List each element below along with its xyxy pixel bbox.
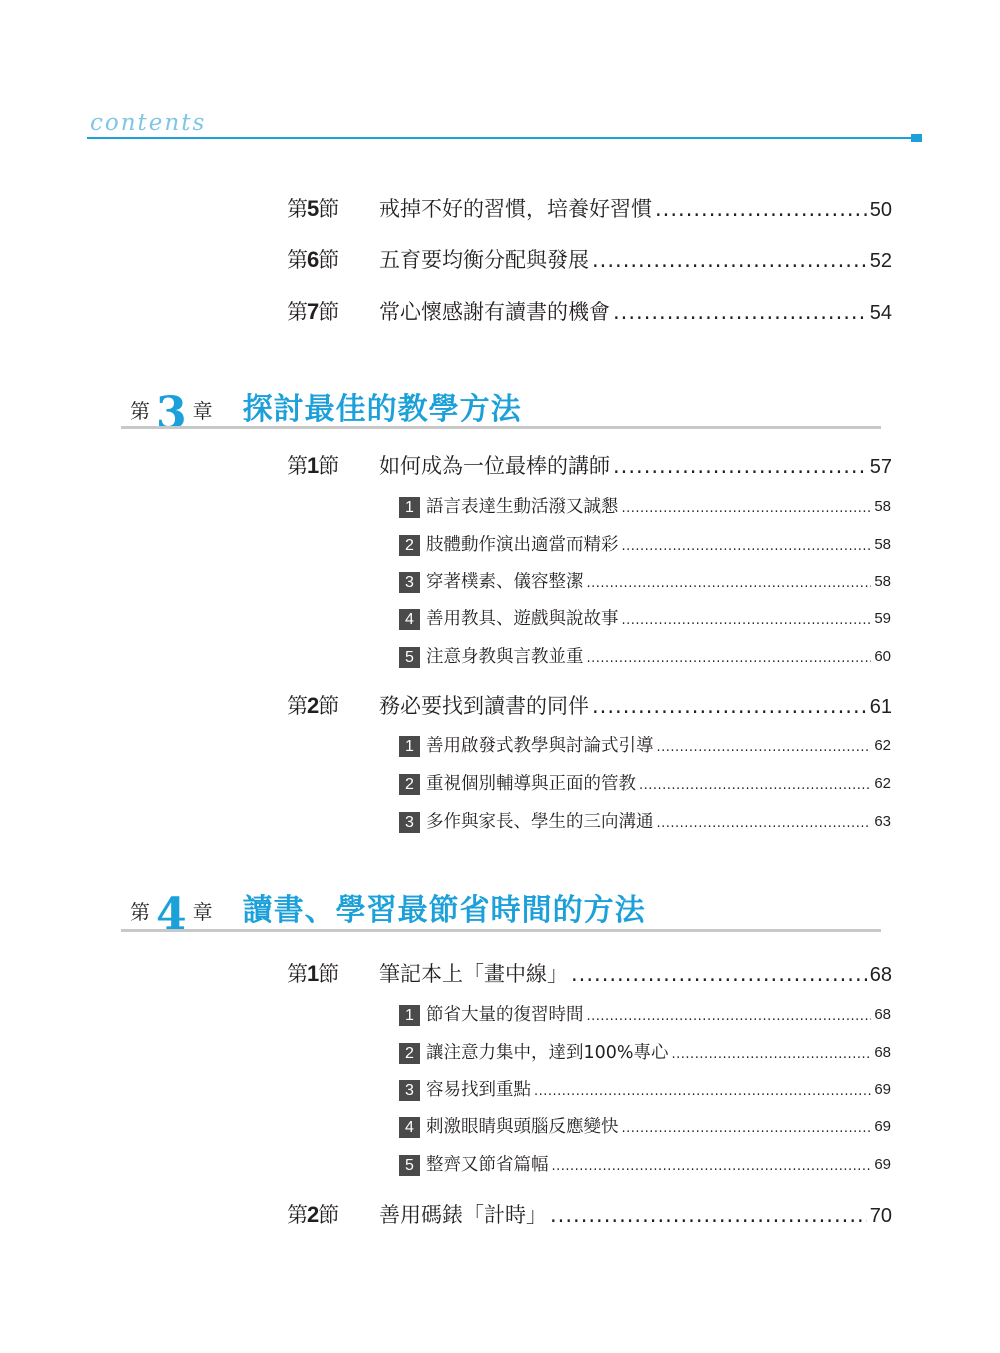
- toc-item[interactable]: 4 善用教具、遊戲與說故事 ..........................…: [399, 606, 891, 632]
- item-title: 容易找到重點: [426, 1077, 531, 1103]
- toc-item[interactable]: 4 刺激眼睛與頭腦反應變快 ..........................…: [399, 1114, 891, 1140]
- page-number: 58: [874, 494, 891, 520]
- header-divider: [87, 137, 912, 139]
- toc-section[interactable]: 第2節 務必要找到讀書的同伴 .........................…: [287, 691, 892, 721]
- dot-leader: ........................................…: [622, 498, 872, 520]
- item-number-badge: 3: [399, 1080, 420, 1101]
- section-number: 第1節: [287, 451, 379, 481]
- section-title: 善用碼錶「計時」: [379, 1200, 547, 1230]
- section-number: 第5節: [287, 194, 379, 224]
- dot-leader: ........................................…: [587, 573, 872, 595]
- item-number-badge: 5: [399, 1155, 420, 1176]
- section-title: 如何成為一位最棒的講師: [379, 451, 610, 481]
- toc-item[interactable]: 2 肢體動作演出適當而精彩 ..........................…: [399, 532, 891, 558]
- item-number-badge: 2: [399, 535, 420, 556]
- dot-leader: ........................................…: [534, 1081, 871, 1103]
- page-number: 69: [874, 1077, 891, 1103]
- page-number: 52: [870, 246, 892, 276]
- section-title: 常心懷感謝有讀書的機會: [379, 297, 610, 327]
- dot-leader: ........................................…: [613, 451, 867, 481]
- item-number-badge: 1: [399, 1005, 420, 1026]
- page-number: 58: [874, 569, 891, 595]
- chapter-prefix: 第: [130, 396, 150, 430]
- chapter-divider: [121, 426, 881, 429]
- page-number: 62: [874, 771, 891, 797]
- dot-leader: ........................................…: [613, 297, 867, 327]
- page-number: 68: [874, 1002, 891, 1028]
- item-title: 讓注意力集中，達到100%專心: [426, 1040, 669, 1066]
- item-number-badge: 4: [399, 609, 420, 630]
- dot-leader: ........................................…: [622, 536, 872, 558]
- page-number: 59: [874, 606, 891, 632]
- chapter-title: 探討最佳的教學方法: [243, 390, 522, 430]
- toc-section[interactable]: 第6節 五育要均衡分配與發展 .........................…: [287, 245, 892, 275]
- dot-leader: ........................................…: [622, 1118, 872, 1140]
- page-number: 62: [874, 733, 891, 759]
- item-number-badge: 3: [399, 812, 420, 833]
- contents-heading: contents: [90, 110, 206, 136]
- item-title: 刺激眼睛與頭腦反應變快: [426, 1114, 619, 1140]
- dot-leader: ........................................…: [657, 813, 872, 835]
- toc-item[interactable]: 1 語言表達生動活潑又誠懇 ..........................…: [399, 494, 891, 520]
- dot-leader: ........................................…: [587, 1006, 872, 1028]
- page-number: 63: [874, 809, 891, 835]
- item-title: 重視個別輔導與正面的管教: [426, 771, 636, 797]
- toc-section[interactable]: 第7節 常心懷感謝有讀書的機會 ........................…: [287, 297, 892, 327]
- item-number-badge: 2: [399, 774, 420, 795]
- chapter-divider: [121, 929, 881, 932]
- dot-leader: ........................................…: [592, 691, 867, 721]
- item-number-badge: 3: [399, 572, 420, 593]
- chapter-number: 3: [156, 392, 187, 436]
- page-number: 50: [870, 195, 892, 225]
- chapter-suffix: 章: [193, 897, 213, 931]
- toc-item[interactable]: 5 整齊又節省篇幅 ..............................…: [399, 1152, 891, 1178]
- toc-section[interactable]: 第5節 戒掉不好的習慣，培養好習慣 ......................…: [287, 194, 892, 224]
- toc-section[interactable]: 第1節 筆記本上「畫中線」 ..........................…: [287, 959, 892, 989]
- page-number: 68: [874, 1040, 891, 1066]
- section-title: 五育要均衡分配與發展: [379, 245, 589, 275]
- toc-item[interactable]: 2 讓注意力集中，達到100%專心 ......................…: [399, 1040, 891, 1066]
- header-divider-end-marker: [911, 134, 922, 142]
- chapter-prefix: 第: [130, 897, 150, 931]
- toc-item[interactable]: 3 多作與家長、學生的三向溝通 ........................…: [399, 809, 891, 835]
- page-number: 68: [870, 960, 892, 990]
- dot-leader: ........................................…: [550, 1200, 867, 1230]
- section-title: 務必要找到讀書的同伴: [379, 691, 589, 721]
- section-number: 第7節: [287, 297, 379, 327]
- chapter-heading[interactable]: 第 4 章 讀書、學習最節省時間的方法: [130, 881, 890, 931]
- page-number: 70: [870, 1201, 892, 1231]
- item-number-badge: 1: [399, 736, 420, 757]
- dot-leader: ........................................…: [592, 245, 867, 275]
- item-title: 穿著樸素、儀容整潔: [426, 569, 584, 595]
- item-title: 善用教具、遊戲與說故事: [426, 606, 619, 632]
- item-title: 多作與家長、學生的三向溝通: [426, 809, 654, 835]
- page-number: 60: [874, 644, 891, 670]
- item-number-badge: 1: [399, 497, 420, 518]
- dot-leader: ........................................…: [622, 610, 872, 632]
- item-title: 肢體動作演出適當而精彩: [426, 532, 619, 558]
- dot-leader: ........................................…: [571, 959, 867, 989]
- page-number: 69: [874, 1152, 891, 1178]
- dot-leader: ........................................…: [655, 194, 867, 224]
- toc-item[interactable]: 1 善用啟發式教學與討論式引導 ........................…: [399, 733, 891, 759]
- dot-leader: ........................................…: [639, 775, 871, 797]
- toc-section[interactable]: 第1節 如何成為一位最棒的講師 ........................…: [287, 451, 892, 481]
- dot-leader: ........................................…: [672, 1044, 872, 1066]
- page-number: 58: [874, 532, 891, 558]
- dot-leader: ........................................…: [552, 1156, 872, 1178]
- chapter-heading[interactable]: 第 3 章 探討最佳的教學方法: [130, 380, 890, 430]
- section-title: 筆記本上「畫中線」: [379, 959, 568, 989]
- section-number: 第2節: [287, 1200, 379, 1230]
- dot-leader: ........................................…: [587, 648, 872, 670]
- chapter-title: 讀書、學習最節省時間的方法: [243, 891, 646, 931]
- item-title: 語言表達生動活潑又誠懇: [426, 494, 619, 520]
- toc-item[interactable]: 3 容易找到重點 ...............................…: [399, 1077, 891, 1103]
- item-number-badge: 4: [399, 1117, 420, 1138]
- section-number: 第1節: [287, 959, 379, 989]
- item-title: 整齊又節省篇幅: [426, 1152, 549, 1178]
- section-number: 第2節: [287, 691, 379, 721]
- item-title: 節省大量的復習時間: [426, 1002, 584, 1028]
- item-number-badge: 5: [399, 647, 420, 668]
- section-number: 第6節: [287, 245, 379, 275]
- toc-item[interactable]: 2 重視個別輔導與正面的管教 .........................…: [399, 771, 891, 797]
- section-title: 戒掉不好的習慣，培養好習慣: [379, 194, 652, 224]
- page-number: 57: [870, 452, 892, 482]
- dot-leader: ........................................…: [657, 737, 872, 759]
- chapter-suffix: 章: [193, 396, 213, 430]
- page-number: 69: [874, 1114, 891, 1140]
- toc-item[interactable]: 5 注意身教與言教並重 ............................…: [399, 644, 891, 670]
- page-number: 54: [870, 298, 892, 328]
- item-title: 善用啟發式教學與討論式引導: [426, 733, 654, 759]
- page-number: 61: [870, 692, 892, 722]
- item-title: 注意身教與言教並重: [426, 644, 584, 670]
- toc-section[interactable]: 第2節 善用碼錶「計時」 ...........................…: [287, 1200, 892, 1230]
- toc-item[interactable]: 1 節省大量的復習時間 ............................…: [399, 1002, 891, 1028]
- item-number-badge: 2: [399, 1043, 420, 1064]
- toc-item[interactable]: 3 穿著樸素、儀容整潔 ............................…: [399, 569, 891, 595]
